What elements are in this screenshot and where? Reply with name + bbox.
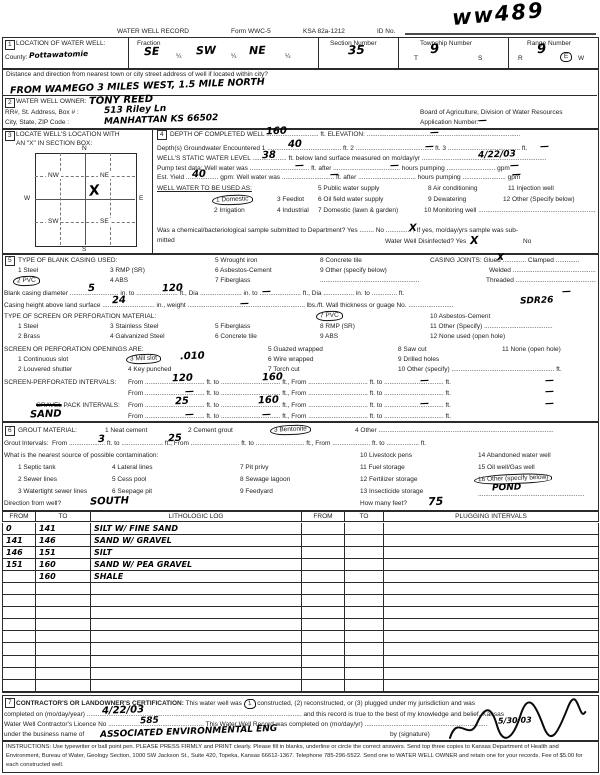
by-signature-label: by (signature) <box>390 731 430 738</box>
plug-from-cell <box>302 523 345 535</box>
quarter-mark: ¼ <box>231 53 236 60</box>
glued-x: X <box>497 253 504 263</box>
feet-value: 75 <box>428 495 444 509</box>
use-option-9: 9 Dewatering <box>428 196 466 203</box>
lith-from-cell <box>3 595 36 607</box>
licence-number-value: 585 <box>140 716 159 727</box>
compass-s: S <box>82 246 86 253</box>
certification-line-4a: under the business name of <box>4 731 84 738</box>
s1-divider <box>398 37 399 68</box>
quadrant-sw: SW <box>46 218 60 225</box>
quadrant-ne: NE <box>98 172 111 179</box>
plug-header-to: TO <box>345 511 384 521</box>
lith-from-cell <box>3 668 36 680</box>
casing-height-value: 24 <box>112 295 126 306</box>
grout-from-value: 3 <box>98 434 105 445</box>
yield-value: 40 <box>192 169 206 180</box>
screen-option-12: 12 None used (open hole) <box>430 333 505 340</box>
lith-from-cell: 0 <box>3 523 36 535</box>
quarter-mark: ¼ <box>176 53 181 60</box>
plug-from-cell <box>302 631 345 643</box>
use-option-2: 2 Irrigation <box>214 207 245 214</box>
openings-title: SCREEN OR PERFORATION OPENINGS ARE: <box>4 346 144 353</box>
plug-to-cell <box>345 559 384 571</box>
pump-dash-2: — <box>390 161 399 171</box>
completed-date-value: 4/22/03 <box>102 704 144 716</box>
use-option-10: 10 Monitoring well .....................… <box>424 207 596 214</box>
s2-number: 2 <box>5 98 15 108</box>
screen-option-5: 5 Fiberglass <box>215 323 250 330</box>
opening-option-11: 11 None (open hole) <box>502 346 561 353</box>
section-number-value: 35 <box>348 43 365 58</box>
plug-to-cell <box>345 583 384 595</box>
lith-log-cell <box>91 643 302 655</box>
casing-option-3: 3 RMP (SR) <box>110 267 145 274</box>
plug-to-cell <box>345 547 384 559</box>
id-no-line <box>405 33 596 35</box>
lith-log-cell: SILT <box>91 547 302 559</box>
casing-option-9: 9 Other (specify below) <box>320 267 387 274</box>
screen-option-10: 10 Asbestos-Cement <box>430 313 490 320</box>
use-label: WELL WATER TO BE USED AS: <box>157 185 252 192</box>
well-location-x-mark: X <box>88 182 101 199</box>
lith-log-cell <box>91 619 302 631</box>
compass-center-hline <box>35 199 135 200</box>
lith-header-to: TO <box>36 511 91 521</box>
casing-option-6: 6 Asbestos-Cement <box>215 267 272 274</box>
screen-option-8: 8 RMP (SR) <box>320 323 355 330</box>
plug-intervals-cell <box>384 619 598 631</box>
plug-to-cell <box>345 595 384 607</box>
quarter-mark: ¼ <box>285 53 290 60</box>
screen-option-7-circled: 7 PVC <box>316 311 343 322</box>
range-label: Range Number <box>527 40 571 47</box>
fraction-1: SE <box>144 45 160 59</box>
use-option-4: 4 Industrial <box>277 207 309 214</box>
lith-log-cell: SAND W/ GRAVEL <box>91 535 302 547</box>
s7-number: 7 <box>5 698 15 708</box>
compass-n: N <box>82 145 87 152</box>
form-title: WATER WELL RECORD <box>117 28 189 35</box>
contam-option-1: 1 Septic tank <box>18 464 56 471</box>
contam-option-4: 4 Lateral lines <box>112 464 152 471</box>
plug-from-cell <box>302 607 345 619</box>
casing-option-7: 7 Fiberglass <box>215 277 250 284</box>
pack-intervals-words: PACK INTERVALS: <box>62 402 120 409</box>
contamination-label: What is the nearest source of possible c… <box>4 452 158 459</box>
opening-option-2: 2 Louvered shutter <box>18 366 72 373</box>
elevation-value: — <box>430 128 439 138</box>
fraction-3: NE <box>249 44 266 58</box>
use-option-12: 12 Other (Specify below) <box>503 196 575 203</box>
township-s: S <box>478 55 482 62</box>
compass-w: W <box>24 195 30 202</box>
application-value: — <box>478 116 487 126</box>
static-water-value: 38 <box>262 150 276 161</box>
casing-option-8: 8 Concrete tile <box>320 257 362 264</box>
casing-diameter-value: 5 <box>88 283 95 294</box>
screen-interval-from-2: — <box>420 376 429 386</box>
s2-title: WATER WELL OWNER: <box>16 98 87 105</box>
lith-log-cell <box>91 607 302 619</box>
yield-dash-2: — <box>512 170 521 180</box>
lith-to-cell <box>36 680 91 692</box>
lith-to-cell: 160 <box>36 571 91 583</box>
s5-number: 5 <box>5 256 15 266</box>
s3-title-2: AN "X" IN SECTION BOX: <box>16 140 92 147</box>
s1-divider <box>508 37 509 68</box>
yield-line: Est. Yield .................. gpm: Well … <box>157 174 596 181</box>
lith-from-cell: 146 <box>3 547 36 559</box>
certification-title: CONTRACTOR'S OR LANDOWNER'S CERTIFICATIO… <box>16 700 184 707</box>
direction-label: Direction from well? <box>4 500 61 507</box>
contam-option-11: 11 Fuel storage <box>360 464 405 471</box>
opening-option-9: 9 Drilled holes <box>398 356 439 363</box>
slot-size-value: .010 <box>180 351 205 363</box>
water-well-record-scan: ww489 WATER WELL RECORD Form WWC-5 KSA 8… <box>0 0 600 775</box>
plug-from-cell <box>302 643 345 655</box>
lith-from-cell <box>3 583 36 595</box>
plug-from-cell <box>302 571 345 583</box>
screen-option-4: 4 Galvanized Steel <box>110 333 165 340</box>
grout-option-1: 1 Neat cement <box>105 427 147 434</box>
gravel-interval2-dash-2: — <box>262 410 271 420</box>
lith-to-cell: 146 <box>36 535 91 547</box>
lith-from-cell: 151 <box>3 559 36 571</box>
lith-header-from: FROM <box>3 511 36 521</box>
plug-from-cell <box>302 547 345 559</box>
casing-option-9-dots: ........................................… <box>320 277 420 284</box>
s3-title-1: LOCATE WELL'S LOCATION WITH <box>16 131 120 138</box>
contam-option-6: 6 Seepage pit <box>112 488 152 495</box>
casing-option-2-circled: 2 PVC <box>13 276 40 287</box>
lith-log-cell <box>91 631 302 643</box>
quadrant-se: SE <box>98 218 111 225</box>
groundwater-2-value: — <box>425 142 434 152</box>
lith-from-cell <box>3 571 36 583</box>
screen-intervals-row-2: From ................................. f… <box>128 390 596 397</box>
pump-dash-1: — <box>295 161 304 171</box>
section-compass-box <box>35 153 137 247</box>
opening-option-4: 4 Key punched <box>128 366 171 373</box>
plug-to-cell <box>345 631 384 643</box>
plug-to-cell <box>345 656 384 668</box>
id-no-label: ID No. <box>377 28 395 35</box>
groundwater-3-value: — <box>540 142 549 152</box>
s1-number: 1 <box>5 40 15 50</box>
lith-log-cell <box>91 583 302 595</box>
static-water-line: WELL'S STATIC WATER LEVEL ..............… <box>157 155 596 162</box>
s3-divider <box>152 128 153 253</box>
contam-option-8: 8 Sewage lagoon <box>240 476 290 483</box>
plug-intervals-cell <box>384 595 598 607</box>
plug-to-cell <box>345 535 384 547</box>
lith-to-cell <box>36 583 91 595</box>
dia3-dash: — <box>562 287 571 297</box>
plug-to-cell <box>345 668 384 680</box>
gauge-value: SDR26 <box>520 295 554 306</box>
use-option-6: 6 Oil field water supply <box>318 196 383 203</box>
s1-divider <box>128 37 129 68</box>
gravel-interval2-dash-1: — <box>185 410 194 420</box>
lith-log-cell <box>91 668 302 680</box>
contam-option-9: 9 Feedyard <box>240 488 273 495</box>
lith-from-cell <box>3 643 36 655</box>
lith-from-cell <box>3 619 36 631</box>
disinfected-yes-x: X <box>470 234 479 247</box>
form-ksa: KSA 82a-1212 <box>303 28 345 35</box>
casing-option-5: 5 Wrought iron <box>215 257 258 264</box>
plug-intervals-cell <box>384 571 598 583</box>
gravel-interval-to-2: — <box>545 399 554 409</box>
casing-depth-value: 120 <box>162 283 183 295</box>
plug-from-cell <box>302 656 345 668</box>
compass-e: E <box>139 195 143 202</box>
certification-line-1a: This water well was <box>186 700 242 707</box>
plug-from-cell <box>302 559 345 571</box>
lith-log-cell <box>91 680 302 692</box>
lith-to-cell <box>36 607 91 619</box>
plug-from-cell <box>302 595 345 607</box>
threaded-line: Threaded ...............................… <box>486 277 596 284</box>
plug-from-cell <box>302 619 345 631</box>
contam-other-dots: ........................................… <box>478 491 596 498</box>
plug-from-cell <box>302 535 345 547</box>
disinfected-label: Water Well Disinfected? Yes <box>385 238 466 245</box>
use-option-11: 11 Injection well <box>508 185 554 192</box>
plug-intervals-cell <box>384 559 598 571</box>
lith-from-cell <box>3 656 36 668</box>
address-label: RR#, St. Address, Box # : <box>5 109 79 116</box>
depth-line: DEPTH OF COMPLETED WELL ................… <box>170 131 596 138</box>
lith-from-cell <box>3 680 36 692</box>
lith-log-cell <box>91 656 302 668</box>
s1-divider <box>318 37 319 68</box>
screen-interval-from-1: 120 <box>172 373 193 385</box>
lith-to-cell: 141 <box>36 523 91 535</box>
lith-from-cell <box>3 607 36 619</box>
contam-option-14: 14 Abandoned water well <box>478 452 551 459</box>
fraction-2: SW <box>196 44 217 58</box>
contam-option-12: 12 Fertilizer storage <box>360 476 417 483</box>
plug-to-cell <box>345 619 384 631</box>
township-label: Township Number <box>420 40 472 47</box>
direction-value: SOUTH <box>90 495 129 507</box>
welded-line: Welded .................................… <box>489 267 596 274</box>
opening-option-1: 1 Continuous slot <box>18 356 68 363</box>
screen-option-1: 1 Steel <box>18 323 38 330</box>
plug-to-cell <box>345 571 384 583</box>
lith-log-cell: SHALE <box>91 571 302 583</box>
yield-dash-1: — <box>330 170 339 180</box>
lith-header-log: LITHOLOGIC LOG <box>91 511 302 521</box>
dia2-dash: — <box>262 287 271 297</box>
grout-option-4: 4 Other ................................… <box>355 427 596 434</box>
range-value: 9 <box>537 42 547 57</box>
lith-from-cell: 141 <box>3 535 36 547</box>
plug-to-cell <box>345 523 384 535</box>
plug-intervals-cell <box>384 631 598 643</box>
s3-number: 3 <box>5 131 15 141</box>
s5-title: TYPE OF BLANK CASING USED: <box>18 257 117 264</box>
handwritten-id: ww489 <box>451 0 545 30</box>
depth-value: 160 <box>266 126 287 138</box>
range-west: W <box>578 55 584 62</box>
groundwater-line: Depth(s) Groundwater Encountered 1 .....… <box>157 145 596 152</box>
screen-interval-to-2: — <box>545 376 554 386</box>
gravel-intervals-row-2: From ................................. f… <box>128 413 596 420</box>
chem-sample-line-2: mitted <box>157 237 175 244</box>
use-option-5: 5 Public water supply <box>318 185 379 192</box>
gravel-interval-from-2: — <box>420 399 429 409</box>
lith-to-cell: 160 <box>36 559 91 571</box>
screen-option-6: 6 Concrete tile <box>215 333 257 340</box>
compass-dash-vline <box>60 153 61 245</box>
screen-interval-to-1: 160 <box>262 372 283 384</box>
plug-intervals-cell <box>384 523 598 535</box>
weight-dash: — <box>240 299 249 309</box>
lith-to-cell <box>36 656 91 668</box>
plug-header-intervals: PLUGGING INTERVALS <box>384 511 598 521</box>
lith-log-cell <box>91 595 302 607</box>
lith-to-cell <box>36 619 91 631</box>
lith-to-cell <box>36 643 91 655</box>
s6-number: 6 <box>5 426 15 436</box>
disinfected-no: No <box>523 238 531 245</box>
lith-from-cell <box>3 631 36 643</box>
grout-intervals-row: From .................... ft. to .......… <box>52 440 596 447</box>
opening-option-6: 6 Wire wrapped <box>268 356 314 363</box>
screen-option-2: 2 Brass <box>18 333 40 340</box>
plug-from-cell <box>302 583 345 595</box>
grout-option-2: 2 Cement grout <box>188 427 233 434</box>
gravel-interval-from-1: 25 <box>175 396 189 407</box>
instructions-text: INSTRUCTIONS: Use typewriter or ball poi… <box>6 743 592 770</box>
range-east-circled: E <box>560 52 573 62</box>
township-value: 9 <box>430 42 440 57</box>
casing-option-4: 4 ABS <box>110 277 128 284</box>
contam-option-13: 13 Insecticide storage <box>360 488 423 495</box>
plug-intervals-cell <box>384 643 598 655</box>
gravel-interval-to-1: 160 <box>258 395 279 407</box>
plug-intervals-cell <box>384 583 598 595</box>
form-number: Form WWC-5 <box>231 28 271 35</box>
casing-option-1: 1 Steel <box>18 267 38 274</box>
grout-intervals-label: Grout Intervals: <box>4 440 48 447</box>
chem-sample-no-x: X <box>409 223 417 234</box>
plug-from-cell <box>302 680 345 692</box>
lith-table-header: FROM TO LITHOLOGIC LOG FROM TO PLUGGING … <box>2 510 599 522</box>
screen-interval2-dash-2: — <box>545 387 554 397</box>
s6-title: GROUT MATERIAL: <box>18 427 77 434</box>
pump-test-line: Pump test data: Well water was .........… <box>157 165 596 172</box>
plug-to-cell <box>345 607 384 619</box>
grout-to-value: 25 <box>168 433 182 444</box>
use-option-7: 7 Domestic (lawn & garden) <box>318 207 398 214</box>
s4-number: 4 <box>157 130 167 140</box>
casing-joints-line: CASING JOINTS: Glued ............. Clamp… <box>430 257 596 264</box>
chem-sample-line: Was a chemical/bacteriological sample su… <box>157 227 596 234</box>
opening-option-5: 5 Guazed wrapped <box>268 346 323 353</box>
township-t: T <box>414 55 418 62</box>
plug-intervals-cell <box>384 668 598 680</box>
lith-to-cell <box>36 631 91 643</box>
lith-to-cell: 151 <box>36 547 91 559</box>
opening-option-10: 10 Other (specify) .....................… <box>398 366 596 373</box>
contam-option-5: 5 Cess pool <box>112 476 146 483</box>
compass-dash-vline <box>110 153 111 245</box>
plug-from-cell <box>302 668 345 680</box>
lith-table-body: 0141SILT W/ FINE SAND141146SAND W/ GRAVE… <box>2 523 599 693</box>
contam-option-15: 15 Oil well/Gas well <box>478 464 535 471</box>
sand-handwritten: SAND <box>30 408 62 420</box>
screen-option-11: 11 Other (Specify) .....................… <box>430 323 596 330</box>
application-label: Application Number: <box>420 119 479 126</box>
use-option-3: 3 Feedlot <box>277 196 304 203</box>
contam-option-2: 2 Sewer lines <box>18 476 57 483</box>
gravel-intervals-row-1: From ................................. f… <box>128 402 596 409</box>
screen-intervals-row-1: From ................................. f… <box>128 379 596 386</box>
lith-log-cell: SAND W/ PEA GRAVEL <box>91 559 302 571</box>
plug-intervals-cell <box>384 607 598 619</box>
county-label: County: <box>5 54 27 61</box>
contam-option-7: 7 Pit privy <box>240 464 269 471</box>
screen-option-3: 3 Stainless Steel <box>110 323 158 330</box>
plug-intervals-cell <box>384 535 598 547</box>
plug-header-from: FROM <box>302 511 345 521</box>
screen-material-title: TYPE OF SCREEN OR PERFORATION MATERIAL: <box>4 313 156 320</box>
plug-to-cell <box>345 643 384 655</box>
plug-intervals-cell <box>384 680 598 692</box>
contam-option-10: 10 Livestock pens <box>360 452 412 459</box>
plug-intervals-cell <box>384 656 598 668</box>
constructed-1-circled: 1 <box>244 699 256 709</box>
how-many-feet-label: How many feet? <box>360 500 407 507</box>
casing-height-line: Casing height above land surface .......… <box>4 302 596 309</box>
screen-option-9: 9 ABS <box>320 333 338 340</box>
contam-option-3: 3 Watertight sewer lines <box>18 488 87 495</box>
quadrant-nw: NW <box>46 172 61 179</box>
lith-to-cell <box>36 595 91 607</box>
board-label: Board of Agriculture, Division of Water … <box>420 109 562 116</box>
screen-intervals-label: SCREEN-PERFORATED INTERVALS: <box>4 379 116 386</box>
s1-title: LOCATION OF WATER WELL: <box>16 40 105 47</box>
range-r: R <box>518 55 523 62</box>
use-option-8: 8 Air conditioning <box>428 185 478 192</box>
static-water-date: 4/22/03 <box>478 149 516 160</box>
plug-intervals-cell <box>384 547 598 559</box>
plug-to-cell <box>345 680 384 692</box>
opening-option-8: 8 Saw cut <box>398 346 427 353</box>
city-label: City, State, ZIP Code : <box>5 119 69 126</box>
groundwater-1-value: 40 <box>288 139 302 150</box>
lith-to-cell <box>36 668 91 680</box>
lith-log-cell: SILT W/ FINE SAND <box>91 523 302 535</box>
